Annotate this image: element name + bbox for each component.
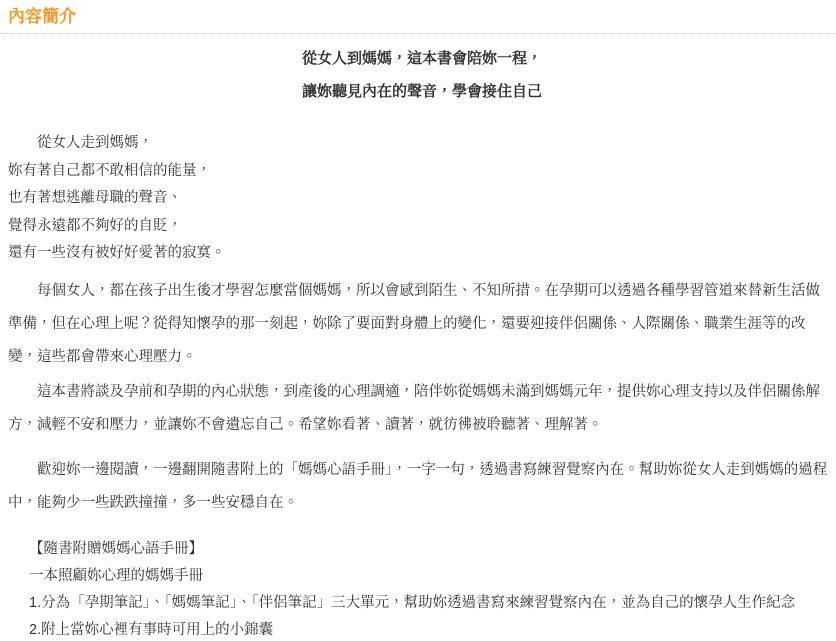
book-headline: 從女人到媽媽，這本書會陪妳一程， 讓妳聽見內在的聲音，學會接住自己 <box>8 42 836 108</box>
book-description: 從女人到媽媽，這本書會陪妳一程， 讓妳聽見內在的聲音，學會接住自己 從女人走到媽… <box>0 42 836 641</box>
bonus-item: 2.附上當妳心裡有事時可用上的小錦囊 <box>29 617 836 641</box>
section-title: 內容簡介 <box>8 6 836 28</box>
description-paragraph: 歡迎妳一邊閱讀，一邊翻開隨書附上的「媽媽心語手冊」，一字一句，透過書寫練習覺察內… <box>8 454 836 520</box>
bonus-booklet-section: 【隨書附贈媽媽心語手冊】 一本照顧妳心理的媽媽手冊 1.分為「孕期筆記」、「媽媽… <box>8 536 836 641</box>
bonus-title: 【隨書附贈媽媽心語手冊】 <box>29 536 836 563</box>
intro-stanza: 從女人走到媽媽， 妳有著自己都不敢相信的能量， 也有著想逃離母職的聲音、 覺得永… <box>8 130 836 268</box>
book-intro-page: 內容簡介 從女人到媽媽，這本書會陪妳一程， 讓妳聽見內在的聲音，學會接住自己 從… <box>0 0 836 641</box>
section-header: 內容簡介 <box>0 0 836 34</box>
bonus-subtitle: 一本照顧妳心理的媽媽手冊 <box>29 563 836 590</box>
description-paragraph: 每個女人，都在孩子出生後才學習怎麼當個媽媽，所以會感到陌生、不知所措。在孕期可以… <box>8 275 836 374</box>
bonus-item: 1.分為「孕期筆記」、「媽媽筆記」、「伴侶筆記」三大單元，幫助妳透過書寫來練習覺… <box>29 590 836 617</box>
description-paragraph: 這本書將談及孕前和孕期的內心狀態，到產後的心理調適，陪伴妳從媽媽未滿到媽媽元年，… <box>8 376 836 442</box>
